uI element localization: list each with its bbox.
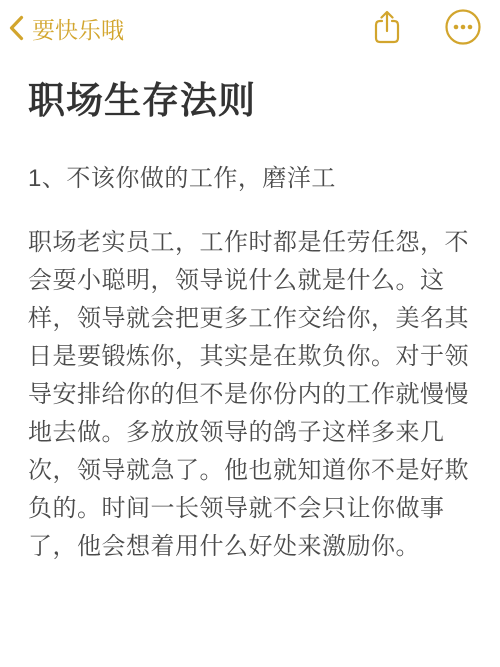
back-button-label: 要快乐哦 [32, 12, 124, 45]
note-content[interactable]: 职场生存法则 1、不该你做的工作，磨洋工 职场老实员工，工作时都是任劳任怨，不会… [0, 52, 500, 667]
more-options-button[interactable] [444, 8, 482, 49]
back-button[interactable]: 要快乐哦 [8, 12, 124, 45]
notes-app-screen: 要快乐哦 职场生存法则 [0, 0, 500, 667]
note-subtitle: 1、不该你做的工作，磨洋工 [28, 164, 472, 194]
note-paragraph: 职场老实员工，工作时都是任劳任怨，不会耍小聪明，领导说什么就是什么。这样，领导就… [28, 224, 472, 566]
share-button[interactable] [372, 9, 402, 48]
chevron-left-icon [8, 15, 24, 41]
share-icon [372, 9, 402, 48]
nav-bar: 要快乐哦 [0, 0, 500, 52]
ellipsis-circle-icon [444, 8, 482, 49]
note-title: 职场生存法则 [28, 78, 472, 124]
